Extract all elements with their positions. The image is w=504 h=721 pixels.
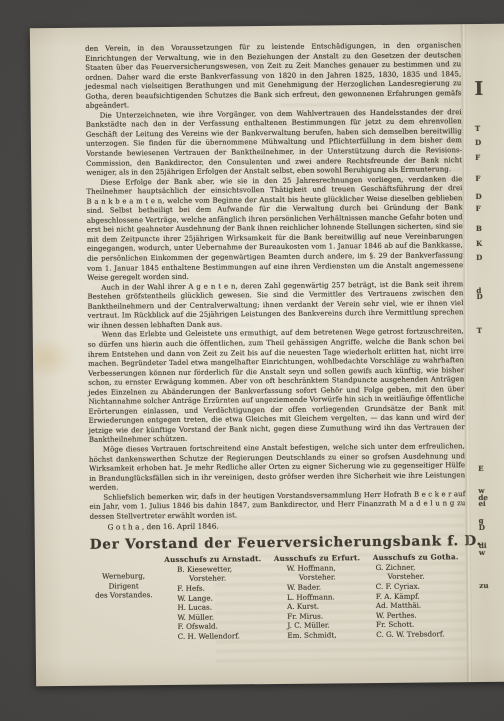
photographed-document-scene: den Verein, in den Voraussetzungen für z…: [0, 0, 504, 721]
edge-text-fragment: T: [477, 327, 482, 335]
edge-text-fragment: ei: [478, 500, 485, 508]
edge-text-fragment: T: [475, 125, 480, 133]
page-edge-fragments: ITDFFDFBKDdDTEwdeeigDdiwzu: [474, 24, 504, 682]
paragraph: Auch in der Wahl ihrer A g e n t e n, de…: [87, 280, 463, 331]
committee-header: Ausschufs zu Erfurt.: [269, 553, 366, 563]
board-column-gotha: Ausschufs zu Gotha. G. Zichner, Vorstehe…: [365, 552, 466, 639]
edge-text-fragment: K: [476, 240, 482, 248]
paragraph-continuation: den Verein, in den Voraussetzungen für z…: [85, 41, 462, 111]
edge-text-fragment: D: [476, 254, 482, 262]
edge-text-fragment: E: [478, 465, 484, 473]
edge-text-fragment: w: [479, 549, 485, 557]
edge-text-fragment: F: [476, 205, 481, 213]
committee-header: Ausschufs zu Arnstadt.: [157, 554, 269, 565]
board-column-erfurt: Ausschufs zu Erfurt. W. Hoffmann, Vorste…: [269, 553, 367, 640]
edge-text-fragment: I: [474, 80, 484, 99]
paragraph: Wenn das Erlebte und Geleistete uns ermu…: [88, 328, 465, 446]
director-role: des Vorstandes.: [90, 591, 157, 601]
paragraph: Schliefslich bemerken wir, dafs in der h…: [89, 490, 465, 522]
committee-header: Ausschufs zu Gotha.: [365, 552, 466, 563]
edge-text-fragment: D: [475, 139, 481, 147]
board-column-arnstadt: Ausschufs zu Arnstadt. B. Kiesewetter, V…: [157, 554, 270, 641]
page-content: den Verein, in den Voraussetzungen für z…: [85, 41, 467, 642]
paragraph: Diese Erfolge der Bank aber, wie sie in …: [86, 175, 463, 284]
signature-board: Werneburg, Dirigent des Vorstandes. Auss…: [90, 552, 467, 642]
body-text: den Verein, in den Voraussetzungen für z…: [85, 41, 466, 522]
edge-text-fragment: F: [475, 154, 480, 162]
document-page: den Verein, in den Voraussetzungen für z…: [30, 24, 504, 687]
member-name: C. H. Wellendorf.: [158, 631, 270, 642]
member-name: C. G. W. Trebsdorf.: [366, 629, 467, 640]
edge-text-fragment: B: [476, 225, 482, 233]
board-column-director: Werneburg, Dirigent des Vorstandes.: [90, 555, 158, 642]
board-heading: Der Vorstand der Feuerversicherungsbank …: [90, 534, 466, 553]
paragraph: Die Unterzeichneten, wie ihre Vorgänger,…: [86, 108, 463, 178]
edge-text-fragment: F: [475, 175, 480, 183]
edge-text-fragment: D: [475, 193, 481, 201]
paragraph: Möge dieses Vertrauen fortschreitend ein…: [89, 442, 465, 493]
edge-text-fragment: zu: [479, 582, 488, 590]
member-name: Em. Schmidt,: [269, 630, 366, 640]
edge-text-fragment: D: [479, 524, 485, 532]
edge-text-fragment: D: [476, 293, 482, 301]
